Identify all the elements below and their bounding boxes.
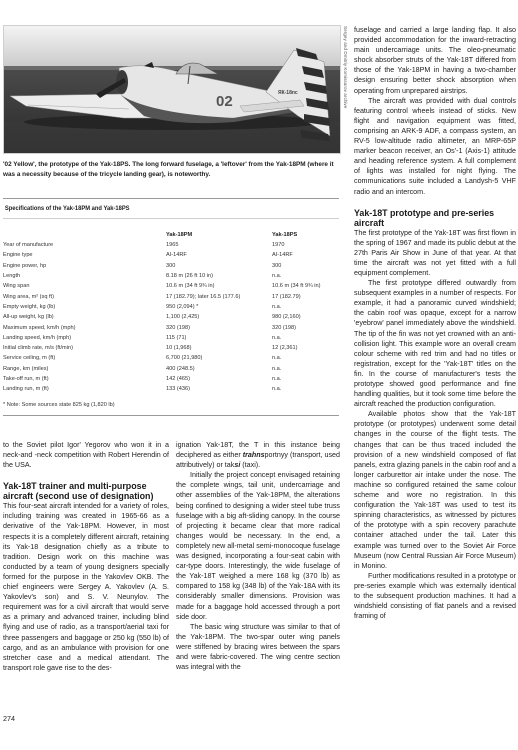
spec-value: 115 (71) [166, 333, 272, 343]
spec-label: Maximum speed, km/h (mph) [3, 322, 166, 332]
spec-value: n.a. [272, 271, 339, 281]
spec-label: Wing area, m² (sq ft) [3, 291, 166, 301]
spec-row: Take-off run, m (ft)142 (465)n.a. [3, 374, 339, 384]
spec-value: 8.18 m (26 ft 10 in) [166, 271, 272, 281]
photo-credit: Sergey and Dmitriy Komissarov archive [341, 26, 349, 126]
spec-label: Engine power, hp [3, 261, 166, 271]
divider [3, 218, 339, 219]
yak-18ps-photo-illustration: 02 ЯК-18пс [4, 26, 340, 153]
spec-row: Service ceiling, m (ft)6,700 (21,980)n.a… [3, 353, 339, 363]
spec-row: Landing speed, km/h (mph)115 (71)n.a. [3, 333, 339, 343]
section-heading: Yak-18T trainer and multi-purpose aircra… [3, 481, 169, 501]
spec-footnote: * Note: Some sources state 825 kg (1,820… [3, 402, 339, 415]
spec-row: Landing run, m (ft)133 (436)n.a. [3, 384, 339, 394]
paragraph: Initially the project concept envisaged … [176, 470, 340, 621]
spec-label: Year of manufacture [3, 240, 166, 250]
spec-value: 1970 [272, 240, 339, 250]
spec-label: Range, km (miles) [3, 364, 166, 374]
aircraft-photo: 02 ЯК-18пс [3, 25, 341, 154]
spec-value: n.a. [272, 302, 339, 312]
spec-row: Wing span10.6 m (34 ft 9¾ in)10.6 m (34 … [3, 281, 339, 291]
spec-label: Take-off run, m (ft) [3, 374, 166, 384]
paragraph: Available photos show that the Yak-18T p… [354, 409, 516, 571]
spec-value: 17 (182.79) [272, 291, 339, 301]
text-column-right: fuselage and carried a large landing fla… [354, 25, 516, 621]
spec-row: Range, km (miles)400 (248.5)n.a. [3, 364, 339, 374]
spec-value: 400 (248.5) [166, 364, 272, 374]
fuselage-number: 02 [216, 93, 233, 110]
spec-value: 10 (1,968) [166, 343, 272, 353]
spec-label: Landing speed, km/h (mph) [3, 333, 166, 343]
fin-marking: ЯК-18пс [278, 90, 298, 96]
paragraph: Further modifications resulted in a prot… [354, 571, 516, 621]
spec-value: n.a. [272, 384, 339, 394]
spec-value: AI-14RF [166, 250, 272, 260]
spec-value: n.a. [272, 333, 339, 343]
spec-label: Initial climb rate, m/s (ft/min) [3, 343, 166, 353]
spec-value: n.a. [272, 353, 339, 363]
photo-caption: '02 Yellow', the prototype of the Yak-18… [3, 160, 339, 179]
spec-value: 320 (198) [166, 322, 272, 332]
spec-col-header: Yak-18PS [272, 229, 339, 240]
paragraph: fuselage and carried a large landing fla… [354, 25, 516, 96]
spec-label: Landing run, m (ft) [3, 384, 166, 394]
spec-row: Wing area, m² (sq ft)17 (182.79); later … [3, 291, 339, 301]
emphasis: trahns [243, 451, 265, 459]
spec-value: 142 (465) [166, 374, 272, 384]
spec-row: Length8.18 m (26 ft 10 in)n.a. [3, 271, 339, 281]
spec-value: 1,100 (2,425) [166, 312, 272, 322]
spec-row: Engine power, hp300300 [3, 261, 339, 271]
text-column-middle: ignation Yak-18T, the T in this instance… [176, 440, 340, 672]
spec-row: Empty weight, kg (lb)950 (2,094) *n.a. [3, 302, 339, 312]
spec-value: AI-14RF [272, 250, 339, 260]
spec-value: 17 (182.79); later 16.5 (177.6) [166, 291, 272, 301]
spec-label: Length [3, 271, 166, 281]
text-column-left: to the Soviet pilot Igor' Yegorov who wo… [3, 440, 169, 673]
spec-label: Empty weight, kg (lb) [3, 302, 166, 312]
spec-header-row: Yak-18PM Yak-18PS [3, 229, 339, 240]
spec-value: 1965 [166, 240, 272, 250]
spec-value: 300 [166, 261, 272, 271]
spec-value: 10.6 m (34 ft 9¾ in) [166, 281, 272, 291]
spec-value: 6,700 (21,980) [166, 353, 272, 363]
spec-row: Initial climb rate, m/s (ft/min)10 (1,96… [3, 343, 339, 353]
paragraph: The aircraft was provided with dual cont… [354, 96, 516, 197]
paragraph: to the Soviet pilot Igor' Yegorov who wo… [3, 440, 169, 470]
spec-value: n.a. [272, 364, 339, 374]
spec-row: Engine typeAI-14RFAI-14RF [3, 250, 339, 260]
paragraph: The first prototype differed outwardly f… [354, 278, 516, 409]
spec-label: Wing span [3, 281, 166, 291]
spec-value: 300 [272, 261, 339, 271]
spec-row: All-up weight, kg (lb)1,100 (2,425)980 (… [3, 312, 339, 322]
spec-value: 320 (198) [272, 322, 339, 332]
spec-value: 950 (2,094) * [166, 302, 272, 312]
spec-label: All-up weight, kg (lb) [3, 312, 166, 322]
spec-col-header: Yak-18PM [166, 229, 272, 240]
paragraph: The first prototype of the Yak-18T was f… [354, 228, 516, 278]
spec-title: Specifications of the Yak-18PM and Yak-1… [3, 199, 312, 218]
spec-value: n.a. [272, 374, 339, 384]
paragraph: This four-seat aircraft intended for a v… [3, 501, 169, 673]
spec-table: Yak-18PM Yak-18PS Year of manufacture196… [3, 229, 339, 394]
spec-row: Maximum speed, km/h (mph)320 (198)320 (1… [3, 322, 339, 332]
text-run: (taxi). [240, 461, 260, 469]
paragraph: ignation Yak-18T, the T in this instance… [176, 440, 340, 470]
page-number: 274 [3, 714, 15, 723]
spec-value: 980 (2,160) [272, 312, 339, 322]
spec-row: Year of manufacture19651970 [3, 240, 339, 250]
spec-value: 10.6 m (34 ft 9¾ in) [272, 281, 339, 291]
divider [3, 415, 339, 416]
specifications-box: Specifications of the Yak-18PM and Yak-1… [3, 198, 339, 416]
spec-label: Engine type [3, 250, 166, 260]
spec-col-header [3, 229, 166, 240]
spec-value: 133 (436) [166, 384, 272, 394]
paragraph: The basic wing structure was similar to … [176, 622, 340, 672]
spec-label: Service ceiling, m (ft) [3, 353, 166, 363]
spec-value: 12 (2,361) [272, 343, 339, 353]
section-heading: Yak-18T prototype and pre-series aircraf… [354, 208, 516, 228]
